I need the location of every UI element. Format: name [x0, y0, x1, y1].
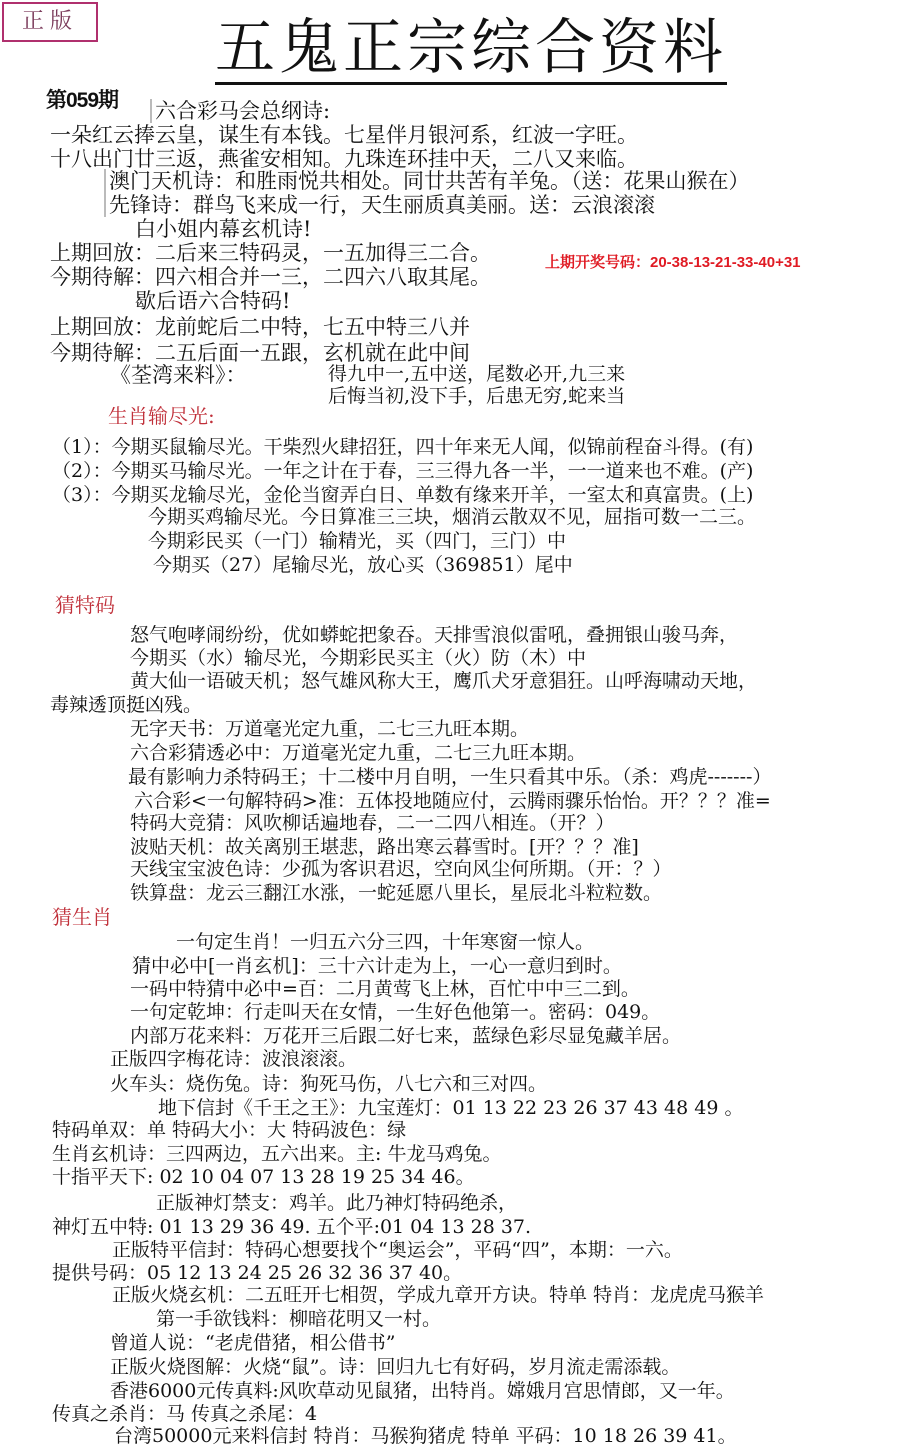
- section-heading: 猜特码: [55, 594, 115, 616]
- text-line: 毒辣透顶挺凶残。: [50, 694, 202, 716]
- text-line: 波贴天机：故关离别王堪悲，路出寒云暮雪时。[开？？？准]: [130, 836, 639, 858]
- text-line: 白小姐内幕玄机诗!: [135, 217, 311, 241]
- page-title: 五鬼正宗综合资料: [215, 16, 727, 85]
- text-line: 台湾50000元来料信封 特肖：马猴狗猪虎 特单 平码：10 18 26 39 …: [114, 1425, 737, 1445]
- text-line: 上期回放：二后来三特码灵，一五加得三二合。: [50, 241, 491, 265]
- text-line: 十八出门廿三返，燕雀安相知。九珠连环挂中天，二八又来临。: [50, 147, 638, 171]
- text-line: 正版神灯禁支：鸡羊。此乃神灯特码绝杀，: [156, 1192, 517, 1214]
- text-line: 怒气咆哮闹纷纷，优如蟒蛇把象吞。天排雪浪似雷吼，叠拥银山骏马奔，: [130, 624, 738, 646]
- text-line: 歇后语六合特码!: [135, 289, 290, 313]
- text-line: 六合彩马会总纲诗:: [150, 99, 330, 123]
- text-line: 内部万花来料：万花开三后跟二好七来，蓝绿色彩尽显兔藏羊居。: [130, 1025, 681, 1047]
- text-line: 传真之杀肖：马 传真之杀尾：4: [52, 1403, 317, 1425]
- text-line: 今期彩民买（一门）输精光，买（四门，三门）中: [148, 530, 566, 552]
- text-line: 今期买（水）输尽光，今期彩民买主（火）防（木）中: [130, 647, 586, 669]
- text-line: 今期待解：四六相合并一三，二四六八取其尾。: [50, 265, 491, 289]
- text-line: （1）：今期买鼠输尽光。干柴烈火肆招狂，四十年来无人闻，似锦前程奋斗得。(有): [52, 436, 753, 458]
- text-line: 天线宝宝波色诗：少孤为客识君迟，空向风尘何所期。（开：？）: [130, 858, 672, 880]
- text-line: 上期回放：龙前蛇后二中特，七五中特三八并: [50, 315, 470, 339]
- text-line: 六合彩猜透必中：万道毫光定九重，二七三九旺本期。: [130, 742, 586, 764]
- text-line: 一句定乾坤：行走叫天在女情，一生好色他第一。密码：049。: [130, 1001, 660, 1023]
- text-line: 《荃湾来料》：: [110, 363, 247, 387]
- text-line: 后悔当初,没下手，后患无穷,蛇来当: [328, 385, 625, 407]
- text-line: 猜中必中[一肖玄机]：三十六计走为上，一心一意归到时。: [132, 955, 622, 977]
- text-line: 无字天书：万道毫光定九重，二七三九旺本期。: [130, 718, 529, 740]
- text-line: 一句定生肖！一归五六分三四，十年寒窗一惊人。: [176, 931, 594, 953]
- text-line: 地下信封《千王之王》：九宝莲灯：01 13 22 23 26 37 43 48 …: [158, 1097, 743, 1119]
- text-line: 得九中一,五中送，尾数必开,九三来: [328, 363, 625, 385]
- text-line: 第一手欲钱料：柳暗花明又一村。: [156, 1308, 441, 1330]
- text-line: 曾道人说：“老虎借猪，相公借书”: [110, 1332, 395, 1354]
- text-line: 铁算盘：龙云三翻江水涨，一蛇延愿八里长，星辰北斗粒粒数。: [130, 882, 662, 904]
- authentic-badge: 正版: [2, 2, 98, 42]
- text-line: 特码单双：单 特码大小：大 特码波色：绿: [52, 1119, 406, 1141]
- text-line: （3）：今期买龙输尽光，金伦当窗弄白日、单数有缘来开羊，一室太和真富贵。(上): [52, 484, 753, 506]
- text-line: 香港6000元传真料:风吹草动见鼠猪，出特肖。嫦娥月宫思情郎，又一年。: [110, 1380, 735, 1402]
- text-line: 提供号码：05 12 13 24 25 26 32 36 37 40。: [52, 1262, 462, 1284]
- last-draw-numbers: 上期开奖号码：20-38-13-21-33-40+31: [545, 252, 801, 274]
- text-line: 今期待解：二五后面一五跟，玄机就在此中间: [50, 341, 470, 365]
- text-line: 正版火烧玄机：二五旺开七相贺，学成九章开方诀。特单 特肖：龙虎虎马猴羊: [112, 1284, 764, 1306]
- text-line: 十指平天下: 02 10 04 07 13 28 19 25 34 46。: [52, 1166, 475, 1188]
- text-line: 火车头：烧伤兔。诗：狗死马伤，八七六和三对四。: [110, 1073, 547, 1095]
- section-heading: 猜生肖: [52, 906, 112, 928]
- text-line: 正版特平信封：特码心想要找个“奥运会”，平码“四”，本期：一六。: [112, 1239, 683, 1261]
- text-line: 正版火烧图解：火烧“鼠”。诗：回归九七有好码，岁月流走需添载。: [110, 1356, 680, 1378]
- text-line: 今期买（27）尾输尽光，放心买（369851）尾中: [153, 554, 573, 576]
- text-line: 六合彩<一句解特码>准：五体投地随应付，云腾雨骤乐怡怡。开？？？准=: [134, 790, 771, 812]
- text-line: （2）：今期买马输尽光。一年之计在于春，三三得九各一半，一一道来也不难。(产): [52, 460, 753, 482]
- text-line: 先锋诗：群鸟飞来成一行，天生丽质真美丽。送：云浪滚滚: [104, 193, 655, 217]
- text-line: 一码中特猜中必中=百：二月黄莺飞上林，百忙中中三二到。: [130, 978, 640, 1000]
- issue-number: 第059期: [46, 84, 118, 114]
- text-line: 一朵红云捧云皇，谋生有本钱。七星伴月银河系，红波一字旺。: [50, 123, 638, 147]
- text-line: 生肖玄机诗：三四两边，五六出来。主: 牛龙马鸡兔。: [52, 1143, 501, 1165]
- section-heading: 生肖输尽光:: [108, 405, 215, 427]
- text-line: 神灯五中特: 01 13 29 36 49. 五个平:01 04 13 28 3…: [52, 1216, 531, 1238]
- text-line: 今期买鸡输尽光。今日算准三三块，烟消云散双不见，屈指可数一二三。: [148, 506, 756, 528]
- text-line: 最有影响力杀特码王；十二楼中月自明，一生只看其中乐。（杀：鸡虎-------）: [128, 766, 771, 788]
- text-line: 黄大仙一语破天机；怒气雄风称大王，鹰爪犬牙意猖狂。山呼海啸动天地，: [130, 670, 757, 692]
- text-line: 正版四字梅花诗：波浪滚滚。: [110, 1048, 357, 1070]
- text-line: 特码大竞猜：风吹柳话遍地春，二一二四八相连。（开？）: [130, 812, 615, 834]
- text-line: 澳门天机诗：和胜雨悦共相处。同廿共苦有羊兔。（送：花果山猴在）: [104, 169, 750, 193]
